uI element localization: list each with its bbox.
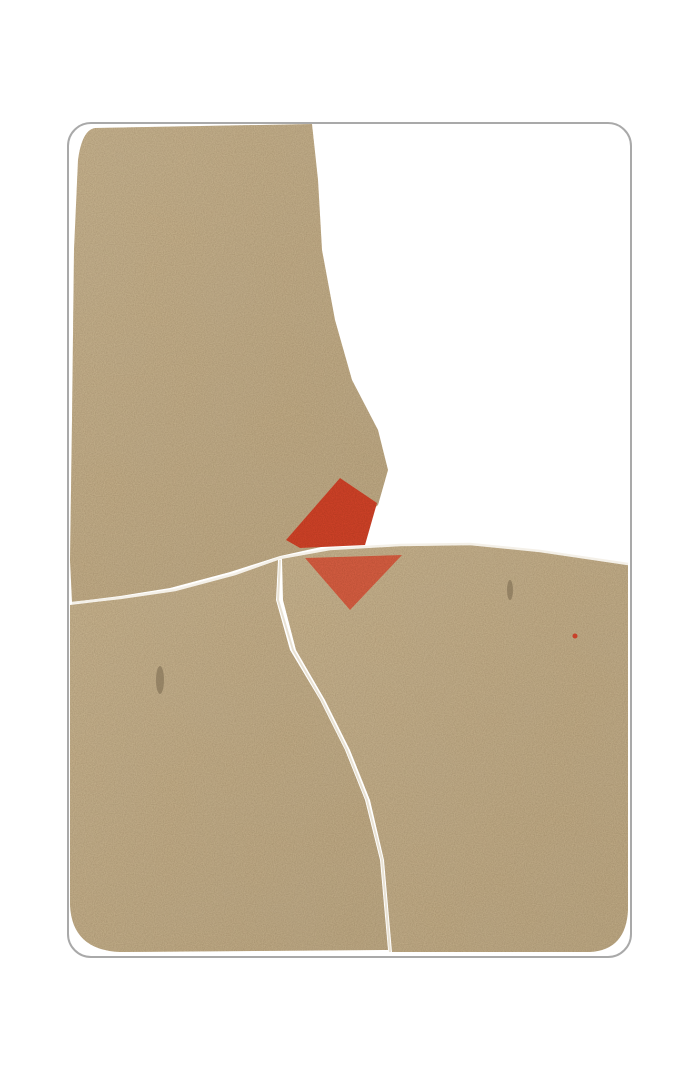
stain: [156, 666, 164, 694]
torn-playing-card: [0, 0, 688, 1080]
stain: [507, 580, 513, 600]
red-speck: [573, 634, 578, 639]
